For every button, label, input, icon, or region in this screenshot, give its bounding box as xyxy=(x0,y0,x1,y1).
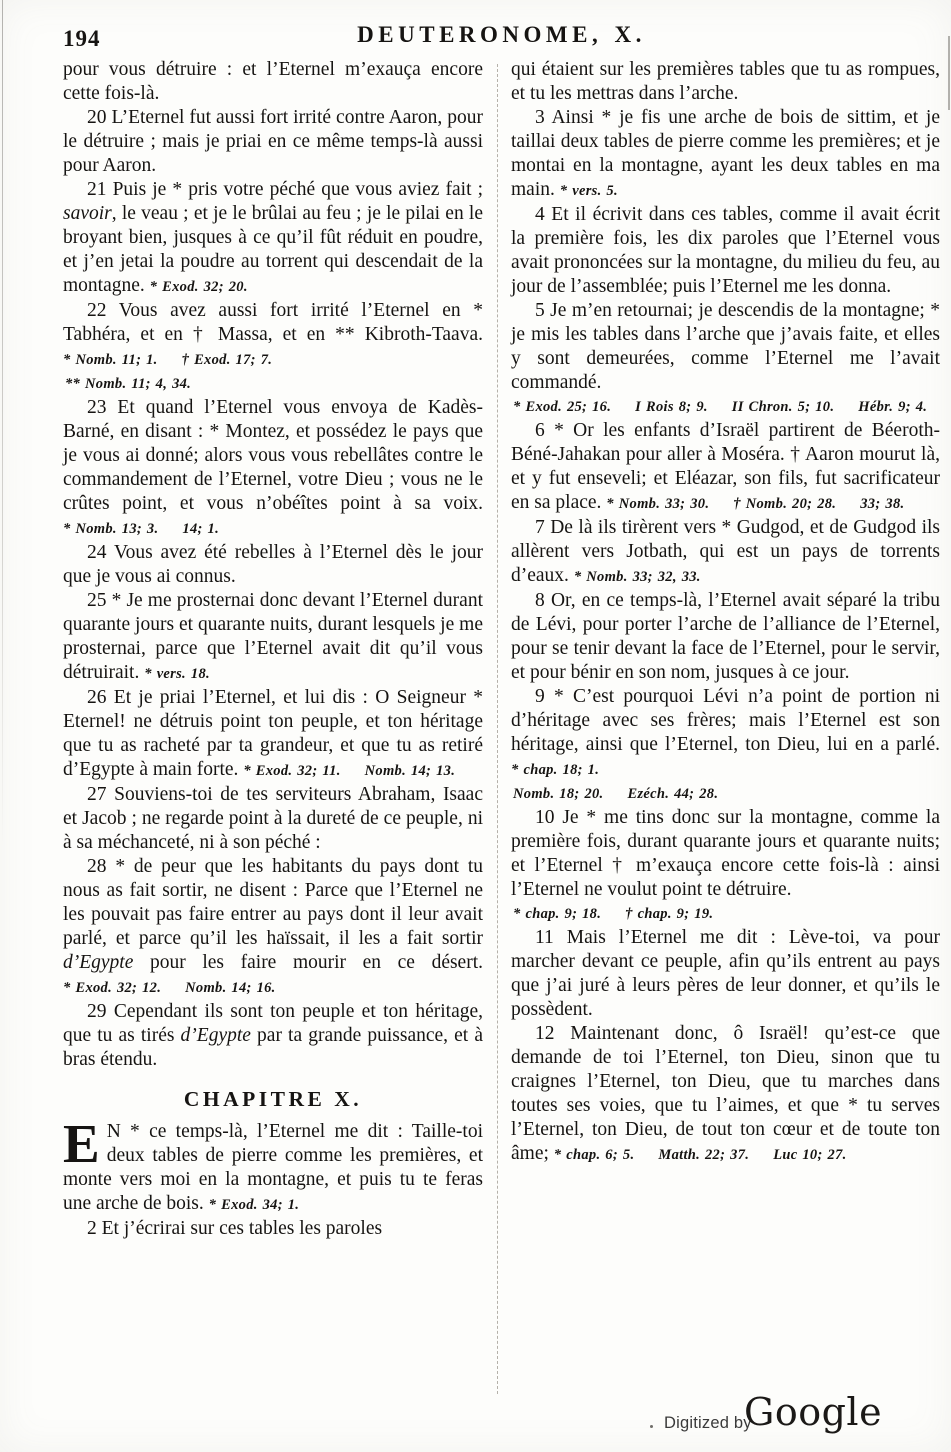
verse-text: pour vous détruire : et l’Eternel m’exau… xyxy=(63,59,483,104)
reference-gap xyxy=(158,532,182,533)
verse-paragraph: 23 Et quand l’Eternel vous envoya de Kad… xyxy=(63,396,483,541)
verse-paragraph: 7 De là ils tirèrent vers * Gudgod, et d… xyxy=(511,516,940,589)
verse-paragraph: pour vous détruire : et l’Eternel m’exau… xyxy=(63,58,483,106)
reference-line: Nomb. 18; 20.Ezéch. 44; 28. xyxy=(511,782,940,806)
cross-reference: Ezéch. 44; 28. xyxy=(627,786,718,802)
column-divider xyxy=(497,64,498,1394)
verse-text: 11 Mais l’Eternel me dit : Lève-toi, va … xyxy=(511,927,940,1020)
verse-text: 28 * de peur que les habitants du pays d… xyxy=(63,856,483,949)
cross-reference: * Nomb. 13; 3. xyxy=(63,521,158,537)
cross-reference: Nomb. 14; 13. xyxy=(365,763,455,779)
verse-paragraph: EN * ce temps-là, l’Eternel me dit : Tai… xyxy=(63,1120,483,1217)
cross-reference: ** Nomb. 11; 4, 34. xyxy=(65,376,191,392)
verse-paragraph: 26 Et je priai l’Eternel, et lui dis : O… xyxy=(63,686,483,783)
verse-paragraph: 27 Souviens-toi de tes serviteurs Abraha… xyxy=(63,783,483,855)
verse-text-italic: d’Egypte xyxy=(181,1025,251,1046)
verse-text-italic: savoir xyxy=(63,203,112,224)
cross-reference: † Nomb. 20; 28. xyxy=(733,496,836,512)
reference-gap xyxy=(836,507,860,508)
verse-text: 22 Vous avez aussi fort irrité l’Eternel… xyxy=(63,300,483,345)
verse-text: 27 Souviens-toi de tes serviteurs Abraha… xyxy=(63,784,483,853)
reference-gap xyxy=(634,1158,658,1159)
verse-paragraph: 3 Ainsi * je fis une arche de bois de si… xyxy=(511,106,940,203)
verse-paragraph: 10 Je * me tins donc sur la montagne, co… xyxy=(511,806,940,902)
reference-gap xyxy=(834,410,858,411)
page-number: 194 xyxy=(63,26,101,52)
chapter-heading: CHAPITRE X. xyxy=(63,1087,483,1111)
page-footer: Digitized by Google xyxy=(0,1388,951,1452)
reference-gap xyxy=(161,991,185,992)
verse-paragraph: 5 Je m’en retournai; je descendis de la … xyxy=(511,299,940,395)
verse-paragraph: 6 * Or les enfants d’Israël partirent de… xyxy=(511,419,940,516)
verse-text-italic: d’Egypte xyxy=(63,952,133,973)
verse-paragraph: 24 Vous avez été rebelles à l’Eternel dè… xyxy=(63,541,483,589)
cross-reference: * vers. 5. xyxy=(560,183,618,199)
drop-cap: E xyxy=(63,1120,107,1165)
running-title: DEUTERONOME, X. xyxy=(63,22,940,48)
verse-paragraph: 20 L’Eternel fut aussi fort irrité contr… xyxy=(63,106,483,178)
left-column: pour vous détruire : et l’Eternel m’exau… xyxy=(63,58,483,1394)
verse-text: 4 Et il écrivit dans ces tables, comme i… xyxy=(511,204,940,297)
verse-text: 5 Je m’en retournai; je descendis de la … xyxy=(511,300,940,393)
reference-gap xyxy=(611,410,635,411)
verse-text: pour les faire mourir en ce désert. xyxy=(133,952,483,973)
verse-text: qui étaient sur les premières tables que… xyxy=(511,59,940,104)
reference-gap xyxy=(749,1158,773,1159)
page-header: 194 DEUTERONOME, X. xyxy=(63,22,940,54)
cross-reference: * Nomb. 11; 1. xyxy=(63,352,158,368)
cross-reference: * Exod. 34; 1. xyxy=(209,1197,300,1213)
google-logo: Google xyxy=(744,1390,882,1434)
cross-reference: * Exod. 25; 16. xyxy=(513,399,611,415)
cross-reference: Nomb. 14; 16. xyxy=(185,980,275,996)
cross-reference: II Chron. 5; 10. xyxy=(732,399,834,415)
cross-reference: † chap. 9; 19. xyxy=(625,906,713,922)
reference-gap xyxy=(709,507,733,508)
cross-reference: * Exod. 32; 20. xyxy=(150,279,248,295)
digitized-by-label: Digitized by xyxy=(664,1414,752,1433)
verse-paragraph: 11 Mais l’Eternel me dit : Lève-toi, va … xyxy=(511,926,940,1022)
verse-paragraph: 29 Cependant ils sont ton peuple et ton … xyxy=(63,1000,483,1072)
verse-text: , le veau ; et je le brûlai au feu ; je … xyxy=(63,203,483,296)
cross-reference: * Nomb. 33; 30. xyxy=(606,496,709,512)
cross-reference: * Exod. 32; 11. xyxy=(243,763,340,779)
verse-paragraph: 9 * C’est pourquoi Lévi n’a point de por… xyxy=(511,685,940,782)
reference-gap xyxy=(341,774,365,775)
text-columns: pour vous détruire : et l’Eternel m’exau… xyxy=(63,58,940,1394)
verse-paragraph: 21 Puis je * pris votre péché que vous a… xyxy=(63,178,483,299)
cross-reference: I Rois 8; 9. xyxy=(635,399,708,415)
cross-reference: * Nomb. 33; 32, 33. xyxy=(574,569,701,585)
verse-paragraph: 12 Maintenant donc, ô Israël! qu’est-ce … xyxy=(511,1022,940,1167)
cross-reference: Matth. 22; 37. xyxy=(658,1147,749,1163)
verse-text: 25 * Je me prosternai donc devant l’Eter… xyxy=(63,590,483,683)
scanned-book-page: 194 DEUTERONOME, X. pour vous détruire :… xyxy=(0,0,951,1452)
reference-gap xyxy=(601,917,625,918)
cross-reference: 14; 1. xyxy=(182,521,219,537)
cross-reference: * chap. 6; 5. xyxy=(554,1147,635,1163)
cross-reference: * Exod. 32; 12. xyxy=(63,980,161,996)
verse-text: 24 Vous avez été rebelles à l’Eternel dè… xyxy=(63,542,483,587)
verse-text: 10 Je * me tins donc sur la montagne, co… xyxy=(511,807,940,900)
verse-paragraph: 8 Or, en ce temps-là, l’Eternel avait sé… xyxy=(511,589,940,685)
cross-reference: * vers. 18. xyxy=(144,666,210,682)
cross-reference: Luc 10; 27. xyxy=(773,1147,846,1163)
verse-text: 8 Or, en ce temps-là, l’Eternel avait sé… xyxy=(511,590,940,683)
verse-text: 9 * C’est pourquoi Lévi n’a point de por… xyxy=(511,686,940,755)
verse-paragraph: 2 Et j’écrirai sur ces tables les parole… xyxy=(63,1217,483,1241)
cross-reference: 33; 38. xyxy=(860,496,904,512)
verse-paragraph: 28 * de peur que les habitants du pays d… xyxy=(63,855,483,1000)
verse-text: 21 Puis je * pris votre péché que vous a… xyxy=(87,179,483,200)
verse-text: 20 L’Eternel fut aussi fort irrité contr… xyxy=(63,107,483,176)
verse-text: 23 Et quand l’Eternel vous envoya de Kad… xyxy=(63,397,483,514)
verse-paragraph: 22 Vous avez aussi fort irrité l’Eternel… xyxy=(63,299,483,372)
cross-reference: Hébr. 9; 4. xyxy=(858,399,927,415)
scan-edge-artifact xyxy=(948,36,950,110)
scan-gutter-line xyxy=(2,0,3,850)
cross-reference: * chap. 9; 18. xyxy=(513,906,601,922)
right-column: qui étaient sur les premières tables que… xyxy=(511,58,940,1394)
verse-paragraph: 25 * Je me prosternai donc devant l’Eter… xyxy=(63,589,483,686)
verse-paragraph: 4 Et il écrivit dans ces tables, comme i… xyxy=(511,203,940,299)
verse-text: 12 Maintenant donc, ô Israël! qu’est-ce … xyxy=(511,1023,940,1164)
scan-speck xyxy=(650,1425,653,1428)
reference-line: ** Nomb. 11; 4, 34. xyxy=(63,372,483,396)
cross-reference: Nomb. 18; 20. xyxy=(513,786,603,802)
verse-paragraph: qui étaient sur les premières tables que… xyxy=(511,58,940,106)
reference-gap xyxy=(708,410,732,411)
reference-gap xyxy=(603,797,627,798)
cross-reference: † Exod. 17; 7. xyxy=(182,352,273,368)
reference-line: * Exod. 25; 16.I Rois 8; 9.II Chron. 5; … xyxy=(511,395,940,419)
reference-line: * chap. 9; 18.† chap. 9; 19. xyxy=(511,902,940,926)
cross-reference: * chap. 18; 1. xyxy=(511,762,599,778)
reference-gap xyxy=(158,363,182,364)
verse-text: 2 Et j’écrirai sur ces tables les parole… xyxy=(87,1218,382,1239)
